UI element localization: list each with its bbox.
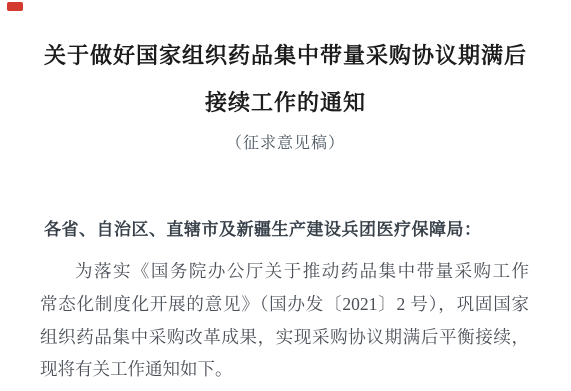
body-paragraph: 为落实《国务院办公厅关于推动药品集中带量采购工作 常态化制度化开展的意见》（国办…: [40, 255, 529, 386]
paragraph-line: 现将有关工作通知如下。: [40, 353, 529, 386]
paragraph-line: 为落实《国务院办公厅关于推动药品集中带量采购工作: [40, 255, 529, 288]
paragraph-line: 组织药品集中采购改革成果，实现采购协议期满后平衡接续，: [40, 321, 529, 354]
salutation-line: 各省、自治区、直辖市及新疆生产建设兵团医疗保障局：: [44, 219, 482, 241]
document-title-line2: 接续工作的通知: [0, 90, 571, 116]
paragraph-line: 常态化制度化开展的意见》（国办发〔2021〕2 号），巩固国家: [40, 288, 529, 321]
document-page: 关于做好国家组织药品集中带量采购协议期满后 接续工作的通知 （征求意见稿） 各省…: [0, 0, 571, 391]
document-subtitle: （征求意见稿）: [0, 133, 571, 155]
red-corner-mark: [7, 2, 23, 11]
document-title-line1: 关于做好国家组织药品集中带量采购协议期满后: [0, 42, 571, 70]
